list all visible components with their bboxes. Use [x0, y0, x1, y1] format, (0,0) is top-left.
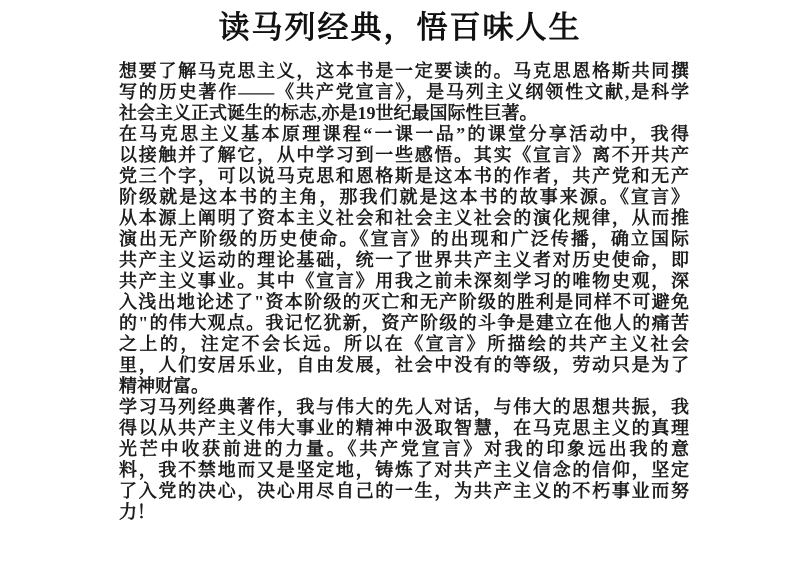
essay-line: 的"的伟大观点。我记忆犹新，资产阶级的斗争是建立在他人的痛苦: [119, 313, 689, 334]
essay-line: 精神财富。: [119, 376, 689, 397]
essay-line: 阶级就是这本书的主角，那我们就是这本书的故事来源。《宣言》: [119, 187, 689, 208]
essay-line: 想要了解马克思主义，这本书是一定要读的。马克思恩格斯共同撰: [119, 61, 689, 82]
essay-line: 写的历史著作——《共产党宣言》，是马列主义纲领性文献,是科学: [119, 82, 689, 103]
essay-line: 入浅出地论述了"资本阶级的灭亡和无产阶级的胜利是同样不可避免: [119, 292, 689, 313]
paragraph: 在马克思主义基本原理课程“一课一品”的课堂分享活动中，我得以接触并了解它，从中学…: [119, 124, 689, 397]
essay-line: 共产主义事业。其中《宣言》用我之前未深刻学习的唯物史观，深: [119, 271, 689, 292]
essay-line: 共产主义运动的理论基础，统一了世界共产主义者对历史使命，即: [119, 250, 689, 271]
document-page: 读马列经典，悟百味人生 想要了解马克思主义，这本书是一定要读的。马克思恩格斯共同…: [0, 0, 800, 568]
essay-line: 党三个字，可以说马克思和恩格斯是这本书的作者，共产党和无产: [119, 166, 689, 187]
essay-line: 之上的，注定不会长远。所以在《宣言》所描绘的共产主义社会: [119, 334, 689, 355]
paragraph: 学习马列经典著作，我与伟大的先人对话，与伟大的思想共振，我得以从共产主义伟大事业…: [119, 397, 689, 523]
essay-line: 得以从共产主义伟大事业的精神中汲取智慧，在马克思主义的真理: [119, 418, 689, 439]
essay-line: 以接触并了解它，从中学习到一些感悟。其实《宣言》离不开共产: [119, 145, 689, 166]
essay-body: 想要了解马克思主义，这本书是一定要读的。马克思恩格斯共同撰写的历史著作——《共产…: [119, 61, 689, 523]
paragraph: 想要了解马克思主义，这本书是一定要读的。马克思恩格斯共同撰写的历史著作——《共产…: [119, 61, 689, 124]
essay-line: 了入党的决心，决心用尽自己的一生，为共产主义的不朽事业而努: [119, 481, 689, 502]
essay-line: 从本源上阐明了资本主义社会和社会主义社会的演化规律，从而推: [119, 208, 689, 229]
essay-line: 力！: [119, 502, 689, 523]
essay-line: 学习马列经典著作，我与伟大的先人对话，与伟大的思想共振，我: [119, 397, 689, 418]
essay-line: 在马克思主义基本原理课程“一课一品”的课堂分享活动中，我得: [119, 124, 689, 145]
essay-line: 社会主义正式诞生的标志,亦是19世纪最国际性巨著。: [119, 103, 689, 124]
essay-line: 里，人们安居乐业，自由发展，社会中没有的等级，劳动只是为了: [119, 355, 689, 376]
essay-line: 料，我不禁地而又是坚定地，铸炼了对共产主义信念的信仰，坚定: [119, 460, 689, 481]
essay-line: 演出无产阶级的历史使命。《宣言》的出现和广泛传播，确立国际: [119, 229, 689, 250]
essay-line: 光芒中收获前进的力量。《共产党宣言》对我的印象远出我的意: [119, 439, 689, 460]
page-title: 读马列经典，悟百味人生: [0, 0, 800, 47]
